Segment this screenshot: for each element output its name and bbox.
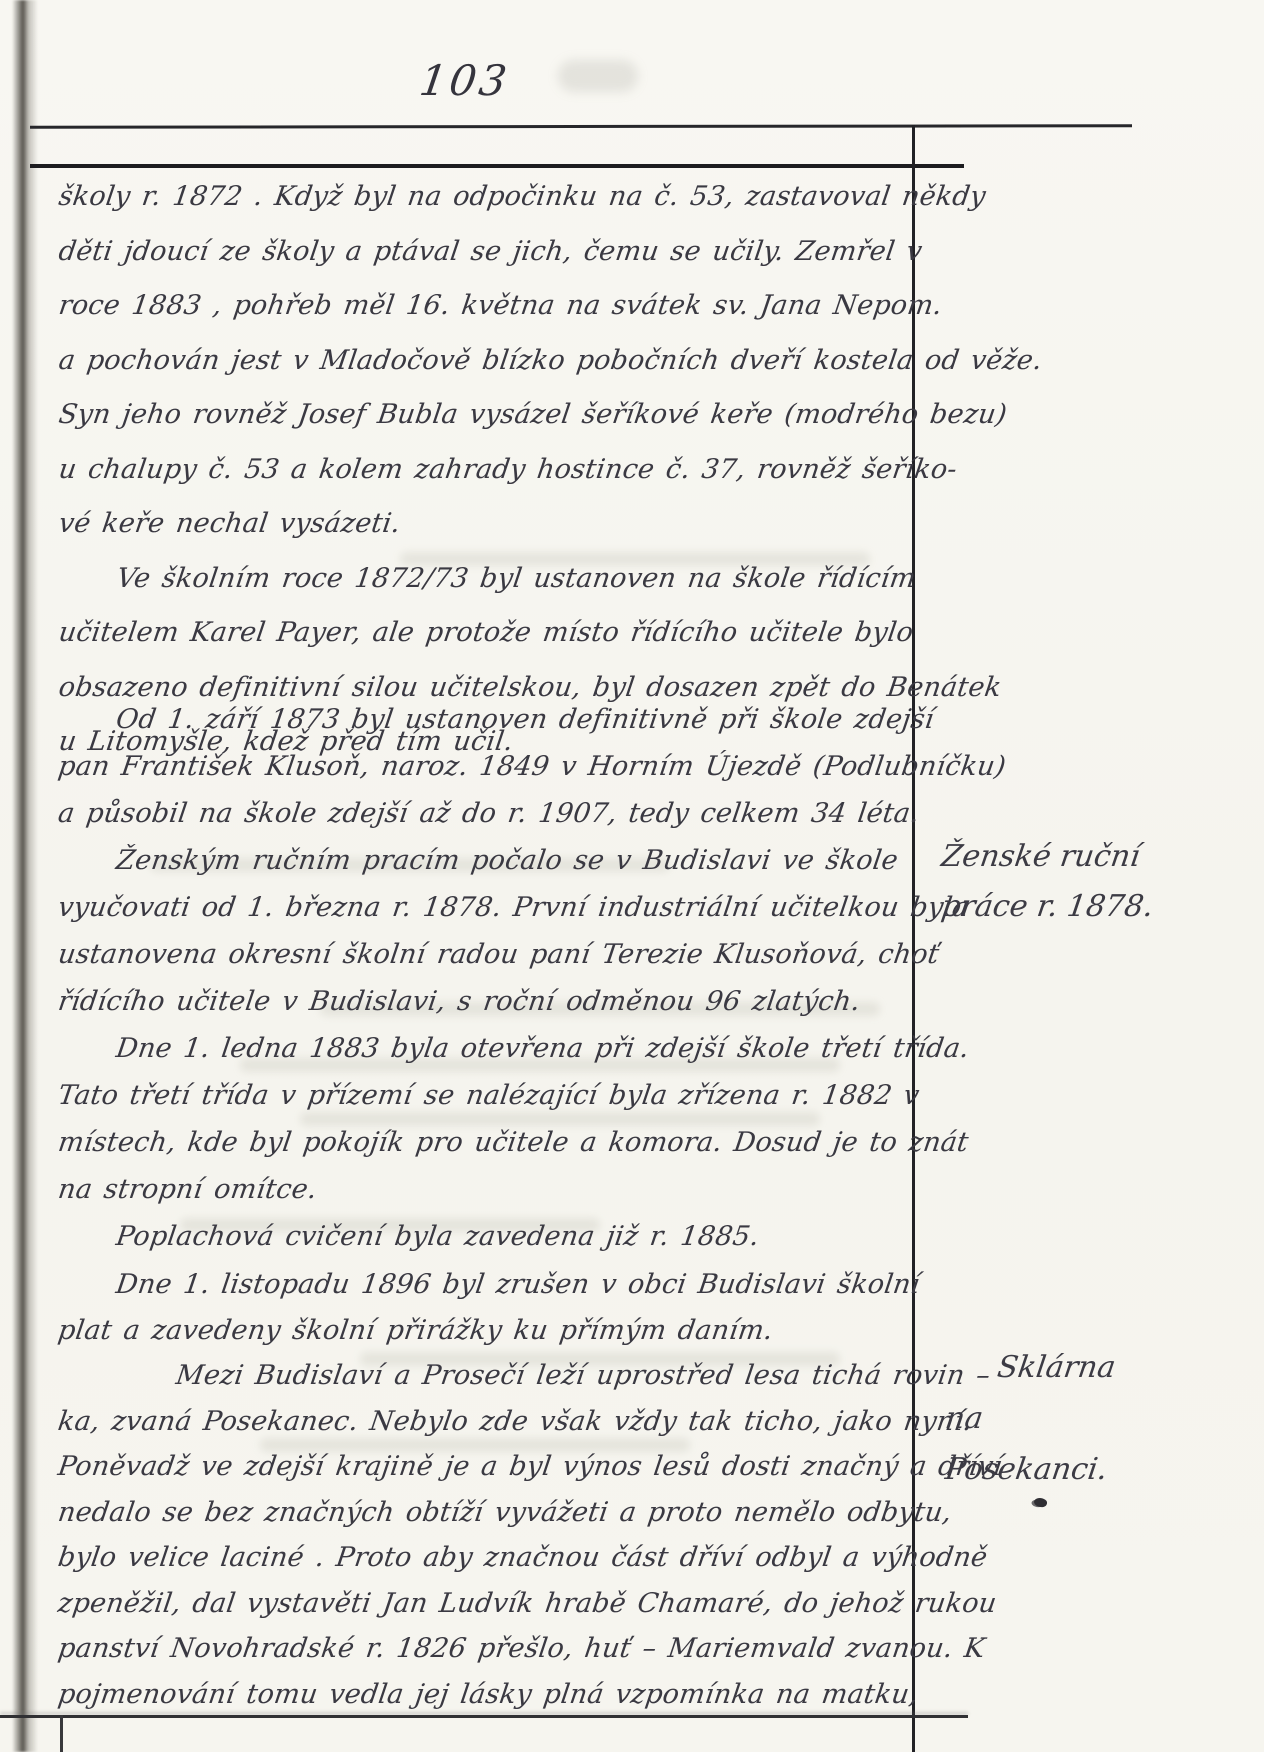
main-text-block-3: Dne 1. listopadu 1896 byl zrušen v obci … (55, 1262, 915, 1717)
margin-note-line: Ženské ruční (938, 832, 1245, 882)
handwritten-text-line: vyučovati od 1. března r. 1878. První in… (55, 884, 922, 931)
handwritten-text-line: Ženským ručním pracím počalo se v Budisl… (55, 837, 922, 884)
handwritten-text-line: zpeněžil, dal vystavěti Jan Ludvík hrabě… (55, 1581, 921, 1627)
handwritten-text-line: Tato třetí třída v přízemí se nalézající… (55, 1072, 922, 1119)
handwritten-text-line: bylo velice laciné . Proto aby značnou č… (55, 1535, 921, 1581)
book-spine-shadow (12, 0, 38, 1752)
ink-blot (1033, 1496, 1048, 1509)
scanned-chronicle-page: 103 školy r. 1872 . Když byl na odpočink… (0, 0, 1264, 1752)
handwritten-text-line: Poněvadž ve zdejší krajině je a byl výno… (55, 1444, 921, 1490)
handwritten-text-line: na stropní omítce. (55, 1166, 922, 1213)
handwritten-text-line: pan František Klusoň, naroz. 1849 v Horn… (55, 743, 922, 790)
handwritten-text-line: panství Novohradské r. 1826 přešlo, huť … (55, 1626, 921, 1672)
bottom-left-rule-stub (60, 1715, 63, 1752)
handwritten-text-line: Od 1. září 1873 byl ustanoven definitivn… (55, 696, 922, 743)
handwritten-text-line: Ve školním roce 1872/73 byl ustanoven na… (55, 552, 923, 607)
handwritten-text-line: Syn jeho rovněž Josef Bubla vysázel šeří… (55, 388, 923, 443)
handwritten-text-line: Dne 1. ledna 1883 byla otevřena při zdej… (55, 1025, 922, 1072)
pencil-smudge (558, 60, 638, 92)
margin-note-line: Sklárna (942, 1342, 1249, 1393)
main-text-block-2: Od 1. září 1873 byl ustanoven definitivn… (55, 696, 915, 1260)
handwritten-text-line: místech, kde byl pokojík pro učitele a k… (55, 1119, 922, 1166)
handwritten-text-line: ka, zvaná Posekanec. Nebylo zde však vžd… (55, 1399, 921, 1445)
margin-note-zenske-rucni-prace: Ženské ruční práce r. 1878. (938, 832, 1238, 932)
handwritten-text-line: Poplachová cvičení byla zavedena již r. … (55, 1213, 922, 1260)
handwritten-text-line: řídícího učitele v Budislavi, s roční od… (55, 978, 922, 1025)
handwritten-text-line: vé keře nechal vysázeti. (55, 497, 923, 552)
handwritten-text-line: u chalupy č. 53 a kolem zahrady hostince… (55, 443, 923, 498)
handwritten-text-line: a pochován jest v Mladočově blízko poboč… (55, 334, 923, 389)
margin-note-line: práce r. 1878. (938, 882, 1245, 932)
handwritten-text-line: děti jdoucí ze školy a ptával se jich, č… (55, 225, 923, 280)
handwritten-text-line: pojmenování tomu vedla jej lásky plná vz… (55, 1672, 921, 1718)
top-rule-thick (30, 164, 964, 168)
handwritten-text-line: plat a zavedeny školní přirážky ku přímý… (55, 1308, 921, 1354)
main-text-block-1: školy r. 1872 . Když byl na odpočinku na… (55, 170, 915, 770)
page-number: 103 (417, 56, 513, 105)
margin-note-sklarna-na-posekanci: Sklárna na Posekanci. (942, 1342, 1242, 1495)
handwritten-text-line: ustanovena okresní školní radou paní Ter… (55, 931, 922, 978)
handwritten-text-line: Dne 1. listopadu 1896 byl zrušen v obci … (55, 1262, 921, 1308)
margin-note-line: na (942, 1393, 1249, 1444)
handwritten-text-line: a působil na škole zdejší až do r. 1907,… (55, 790, 922, 837)
handwritten-text-line: Mezi Budislaví a Prosečí leží uprostřed … (55, 1353, 921, 1399)
handwritten-text-line: učitelem Karel Payer, ale protože místo … (55, 606, 923, 661)
handwritten-text-line: nedalo se bez značných obtíží vyvážeti a… (55, 1490, 921, 1536)
margin-note-line: Posekanci. (942, 1444, 1249, 1495)
handwritten-text-line: roce 1883 , pohřeb měl 16. května na svá… (55, 279, 923, 334)
handwritten-text-line: školy r. 1872 . Když byl na odpočinku na… (55, 170, 923, 225)
top-rule-thin (30, 124, 1132, 129)
